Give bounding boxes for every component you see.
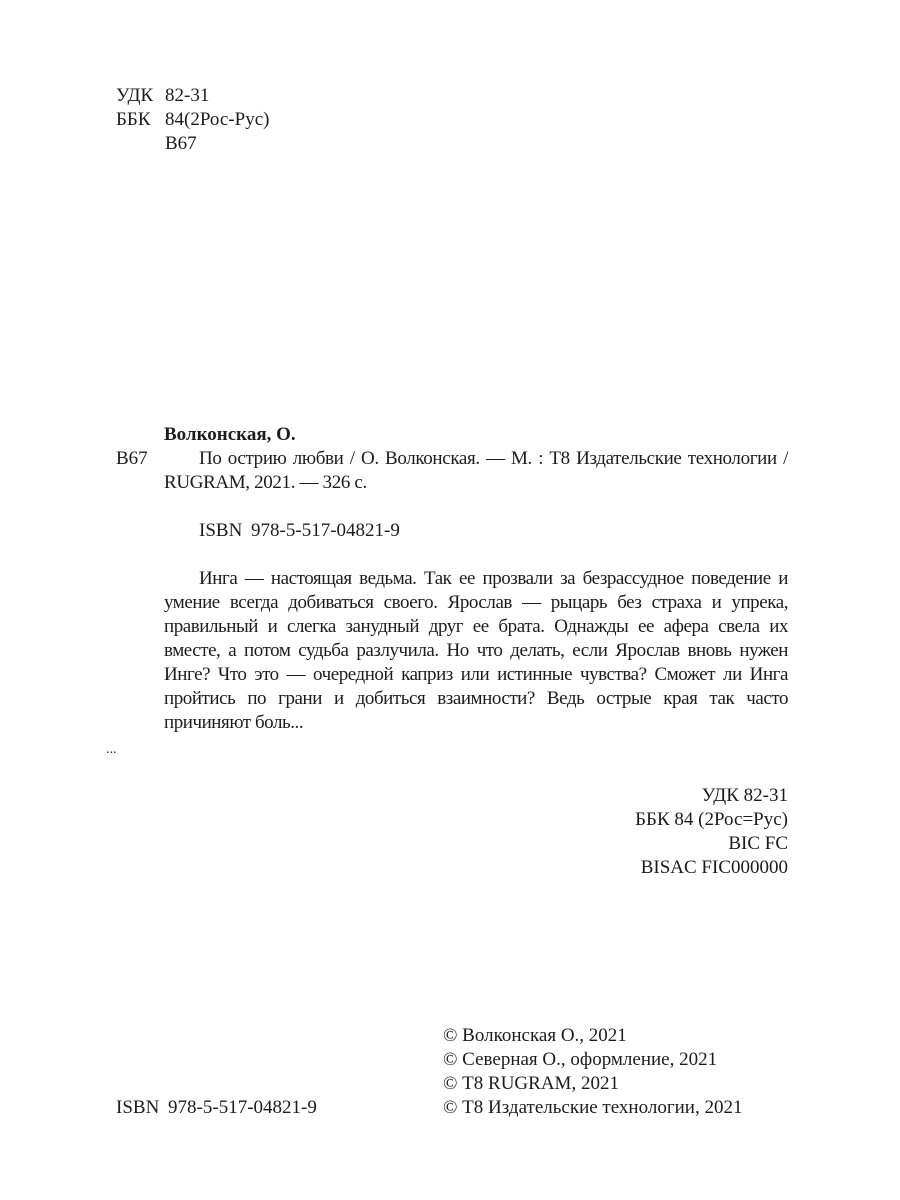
author-sign-code: В67: [116, 447, 148, 471]
author-sign-label: [116, 132, 165, 156]
bbk-row: ББК 84(2Рос-Рус): [116, 108, 269, 132]
copyright-line: © Т8 RUGRAM, 2021: [443, 1072, 742, 1096]
author-heading: Волконская, О.: [164, 423, 296, 447]
isbn-entry: ISBN 978-5-517-04821-9: [199, 519, 400, 543]
classification-block-right: УДК 82-31 ББК 84 (2Рос=Рус) BIC FC BISAC…: [635, 784, 788, 880]
copyright-line: © Волконская О., 2021: [443, 1024, 742, 1048]
ellipsis-mark: ...: [106, 740, 117, 760]
udk-row: УДК 82-31: [116, 84, 269, 108]
annotation-paragraph: Инга — настоящая ведьма. Так ее прозвали…: [164, 567, 788, 735]
isbn-footer: ISBN 978-5-517-04821-9: [116, 1096, 317, 1120]
copyright-block: © Волконская О., 2021 © Северная О., офо…: [443, 1024, 742, 1120]
author-sign-value: В67: [165, 132, 197, 156]
bbk-value: 84(2Рос-Рус): [165, 108, 269, 132]
udk-code: УДК 82-31: [635, 784, 788, 808]
classification-block-top: УДК 82-31 ББК 84(2Рос-Рус) В67: [116, 84, 269, 156]
bbk-code: ББК 84 (2Рос=Рус): [635, 808, 788, 832]
bibliographic-description: По острию любви / О. Волконская. — М. : …: [164, 447, 788, 495]
copyright-line: © Северная О., оформление, 2021: [443, 1048, 742, 1072]
udk-value: 82-31: [165, 84, 209, 108]
copyright-line: © Т8 Издательские технологии, 2021: [443, 1096, 742, 1120]
bbk-label: ББК: [116, 108, 165, 132]
author-sign-row: В67: [116, 132, 269, 156]
bic-code: BIC FC: [635, 832, 788, 856]
udk-label: УДК: [116, 84, 165, 108]
bisac-code: BISAC FIC000000: [635, 856, 788, 880]
